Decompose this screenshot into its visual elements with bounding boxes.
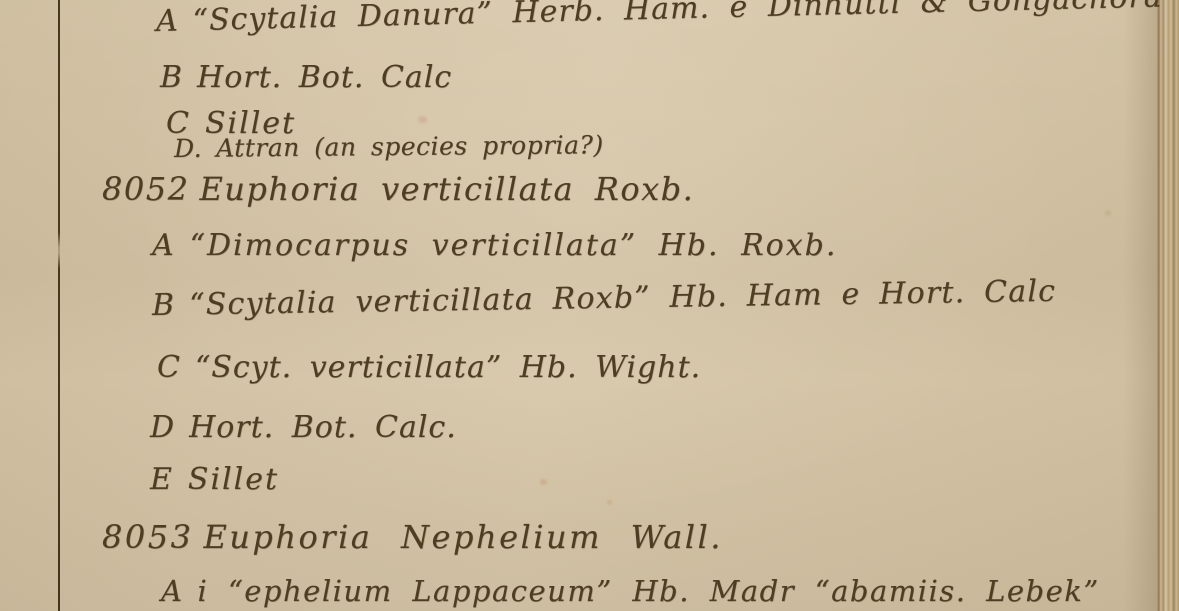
foxing-speck — [607, 500, 612, 505]
line-text: “Scytalia verticillata Roxb” Hb. Ham e H… — [189, 274, 1056, 323]
line-text: “Scyt. verticillata” Hb. Wight. — [195, 350, 701, 385]
line-label: A — [152, 228, 176, 263]
manuscript-line-specimen-c: C“Scyt. verticillata” Hb. Wight. — [157, 350, 701, 385]
line-label: D. — [174, 134, 202, 163]
page-edge-shadow — [1123, 0, 1157, 611]
line-label: E — [150, 462, 174, 497]
manuscript-line-specimen-d: D.Attran (an species propria?) — [174, 130, 604, 163]
manuscript-entry-8052: 8052Euphoria verticillata Roxb. — [102, 170, 694, 208]
foxing-speck — [540, 479, 547, 485]
line-text: Attran (an species propria?) — [216, 130, 604, 162]
foxing-speck — [418, 116, 427, 123]
line-label: C — [157, 350, 181, 385]
manuscript-entry-8053: 8053Euphoria Nephelium Wall. — [102, 518, 723, 556]
line-text: “Scytalia Danura” Herb. Ham. e Dinhutti … — [192, 0, 1163, 38]
manuscript-line-specimen-e: ESillet — [150, 462, 279, 497]
line-text: Sillet — [188, 462, 279, 497]
line-text: Hort. Bot. Calc — [197, 60, 452, 95]
line-label: A — [161, 574, 183, 608]
entry-number: 8052 — [102, 170, 189, 208]
line-text: “Dimocarpus verticillata” Hb. Roxb. — [190, 228, 838, 263]
margin-rule-line — [58, 0, 60, 611]
line-text: Hort. Bot. Calc. — [189, 410, 457, 445]
entry-title: Euphoria verticillata Roxb. — [199, 170, 694, 208]
line-label: A — [156, 3, 180, 39]
foxing-speck — [1105, 210, 1111, 216]
entry-number: 8053 — [102, 518, 193, 556]
line-label: B — [160, 60, 183, 95]
line-label: B — [152, 288, 176, 323]
manuscript-line-specimen-b: B“Scytalia verticillata Roxb” Hb. Ham e … — [152, 274, 1057, 323]
manuscript-line-specimen-a: Ai “ephelium Lappaceum” Hb. Madr “abamii… — [161, 574, 1100, 608]
entry-title: Euphoria Nephelium Wall. — [203, 518, 723, 556]
manuscript-line-specimen-b: BHort. Bot. Calc — [160, 60, 452, 95]
book-page-edges — [1157, 0, 1179, 611]
manuscript-line-specimen-a: A“Scytalia Danura” Herb. Ham. e Dinhutti… — [156, 0, 1163, 39]
manuscript-page: A“Scytalia Danura” Herb. Ham. e Dinhutti… — [0, 0, 1179, 611]
line-text: i “ephelium Lappaceum” Hb. Madr “abamiis… — [197, 574, 1099, 608]
manuscript-line-specimen-d: DHort. Bot. Calc. — [150, 410, 457, 445]
line-label: D — [150, 410, 175, 445]
manuscript-line-specimen-a: A“Dimocarpus verticillata” Hb. Roxb. — [152, 228, 837, 263]
